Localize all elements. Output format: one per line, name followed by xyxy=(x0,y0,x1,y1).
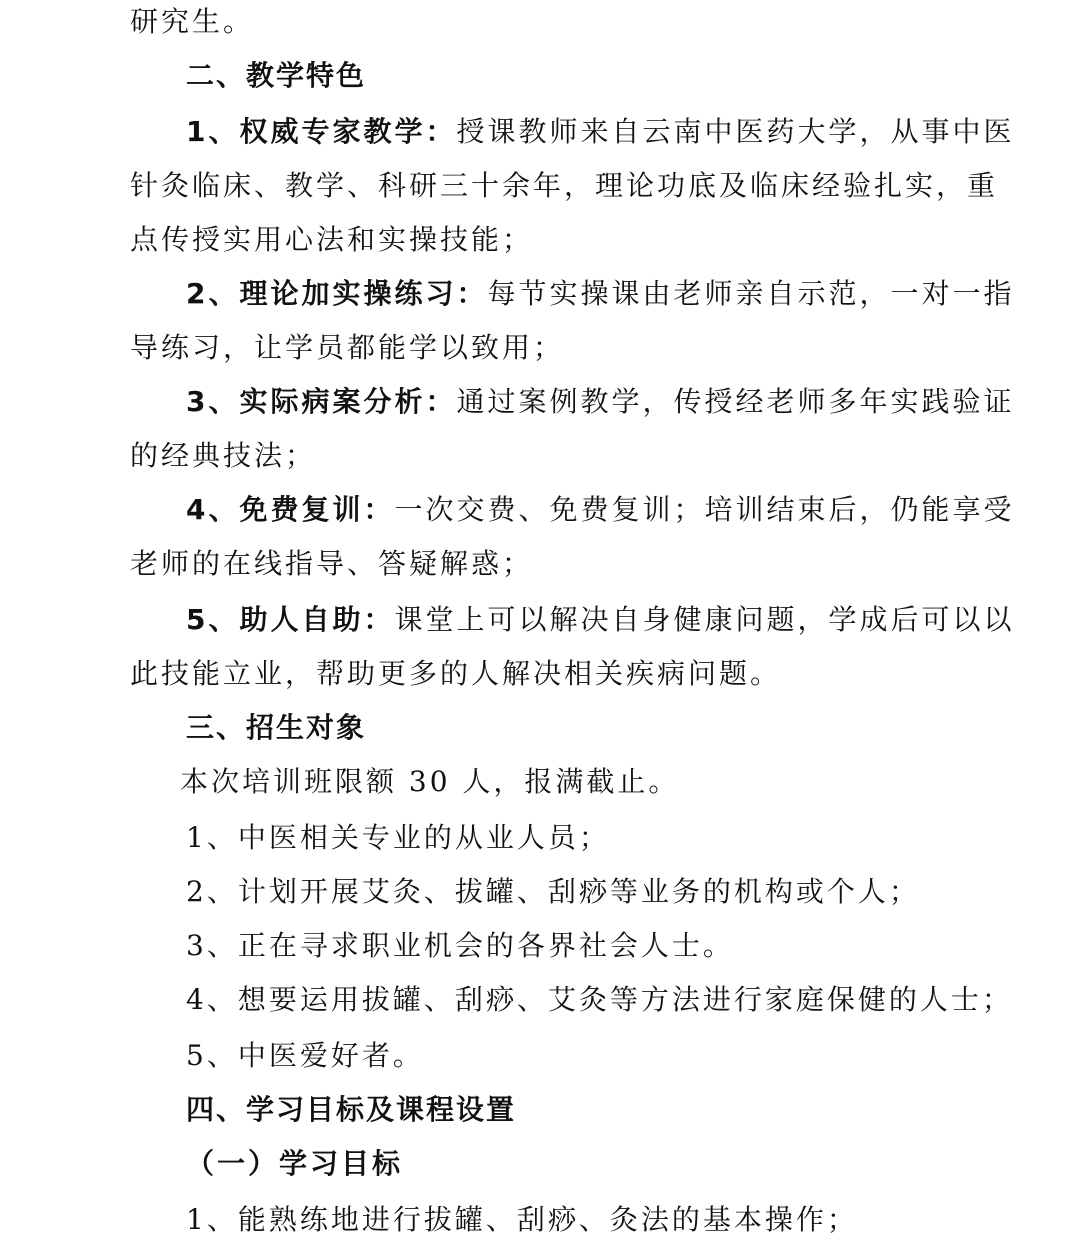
feature-label: 5、助人自助： xyxy=(186,603,394,636)
goal-item: 1、能熟练地进行拔罐、刮痧、灸法的基本操作； xyxy=(186,1204,858,1236)
audience-item: 3、正在寻求职业机会的各界社会人士。 xyxy=(186,930,734,962)
feature-item-1-cont: 针灸临床、教学、科研三十余年，理论功底及临床经验扎实，重 xyxy=(130,170,998,202)
subsection-heading: （一）学习目标 xyxy=(186,1148,403,1180)
feature-item-1-cont: 点传授实用心法和实操技能； xyxy=(130,224,533,256)
feature-item-1: 1、权威专家教学：授课教师来自云南中医药大学，从事中医 xyxy=(186,116,1015,148)
feature-item-5-cont: 此技能立业，帮助更多的人解决相关疾病问题。 xyxy=(130,658,781,690)
audience-item: 4、想要运用拔罐、刮痧、艾灸等方法进行家庭保健的人士； xyxy=(186,984,1013,1016)
feature-label: 1、权威专家教学： xyxy=(186,115,456,148)
audience-item: 2、计划开展艾灸、拔罐、刮痧等业务的机构或个人； xyxy=(186,876,920,908)
feature-item-3: 3、实际病案分析：通过案例教学，传授经老师多年实践验证 xyxy=(186,386,1015,418)
section-heading-3: 三、招生对象 xyxy=(186,712,366,744)
quota-note: 本次培训班限额 30 人，报满截止。 xyxy=(180,766,679,798)
feature-label: 2、理论加实操练习： xyxy=(186,277,487,310)
audience-item: 5、中医爱好者。 xyxy=(186,1040,424,1072)
section-heading-2: 二、教学特色 xyxy=(186,60,366,92)
feature-item-2: 2、理论加实操练习：每节实操课由老师亲自示范，一对一指 xyxy=(186,278,1015,310)
feature-item-4-cont: 老师的在线指导、答疑解惑； xyxy=(130,548,533,580)
feature-label: 3、实际病案分析： xyxy=(186,385,456,418)
feature-item-2-cont: 导练习，让学员都能学以致用； xyxy=(130,332,564,364)
feature-item-3-cont: 的经典技法； xyxy=(130,440,316,472)
feature-label: 4、免费复训： xyxy=(186,493,394,526)
audience-item: 1、中医相关专业的从业人员； xyxy=(186,822,610,854)
section-heading-4: 四、学习目标及课程设置 xyxy=(186,1094,516,1126)
feature-item-4: 4、免费复训：一次交费、免费复训；培训结束后，仍能享受 xyxy=(186,494,1015,526)
feature-item-5: 5、助人自助：课堂上可以解决自身健康问题，学成后可以以 xyxy=(186,604,1015,636)
intro-tail: 研究生。 xyxy=(130,6,254,38)
